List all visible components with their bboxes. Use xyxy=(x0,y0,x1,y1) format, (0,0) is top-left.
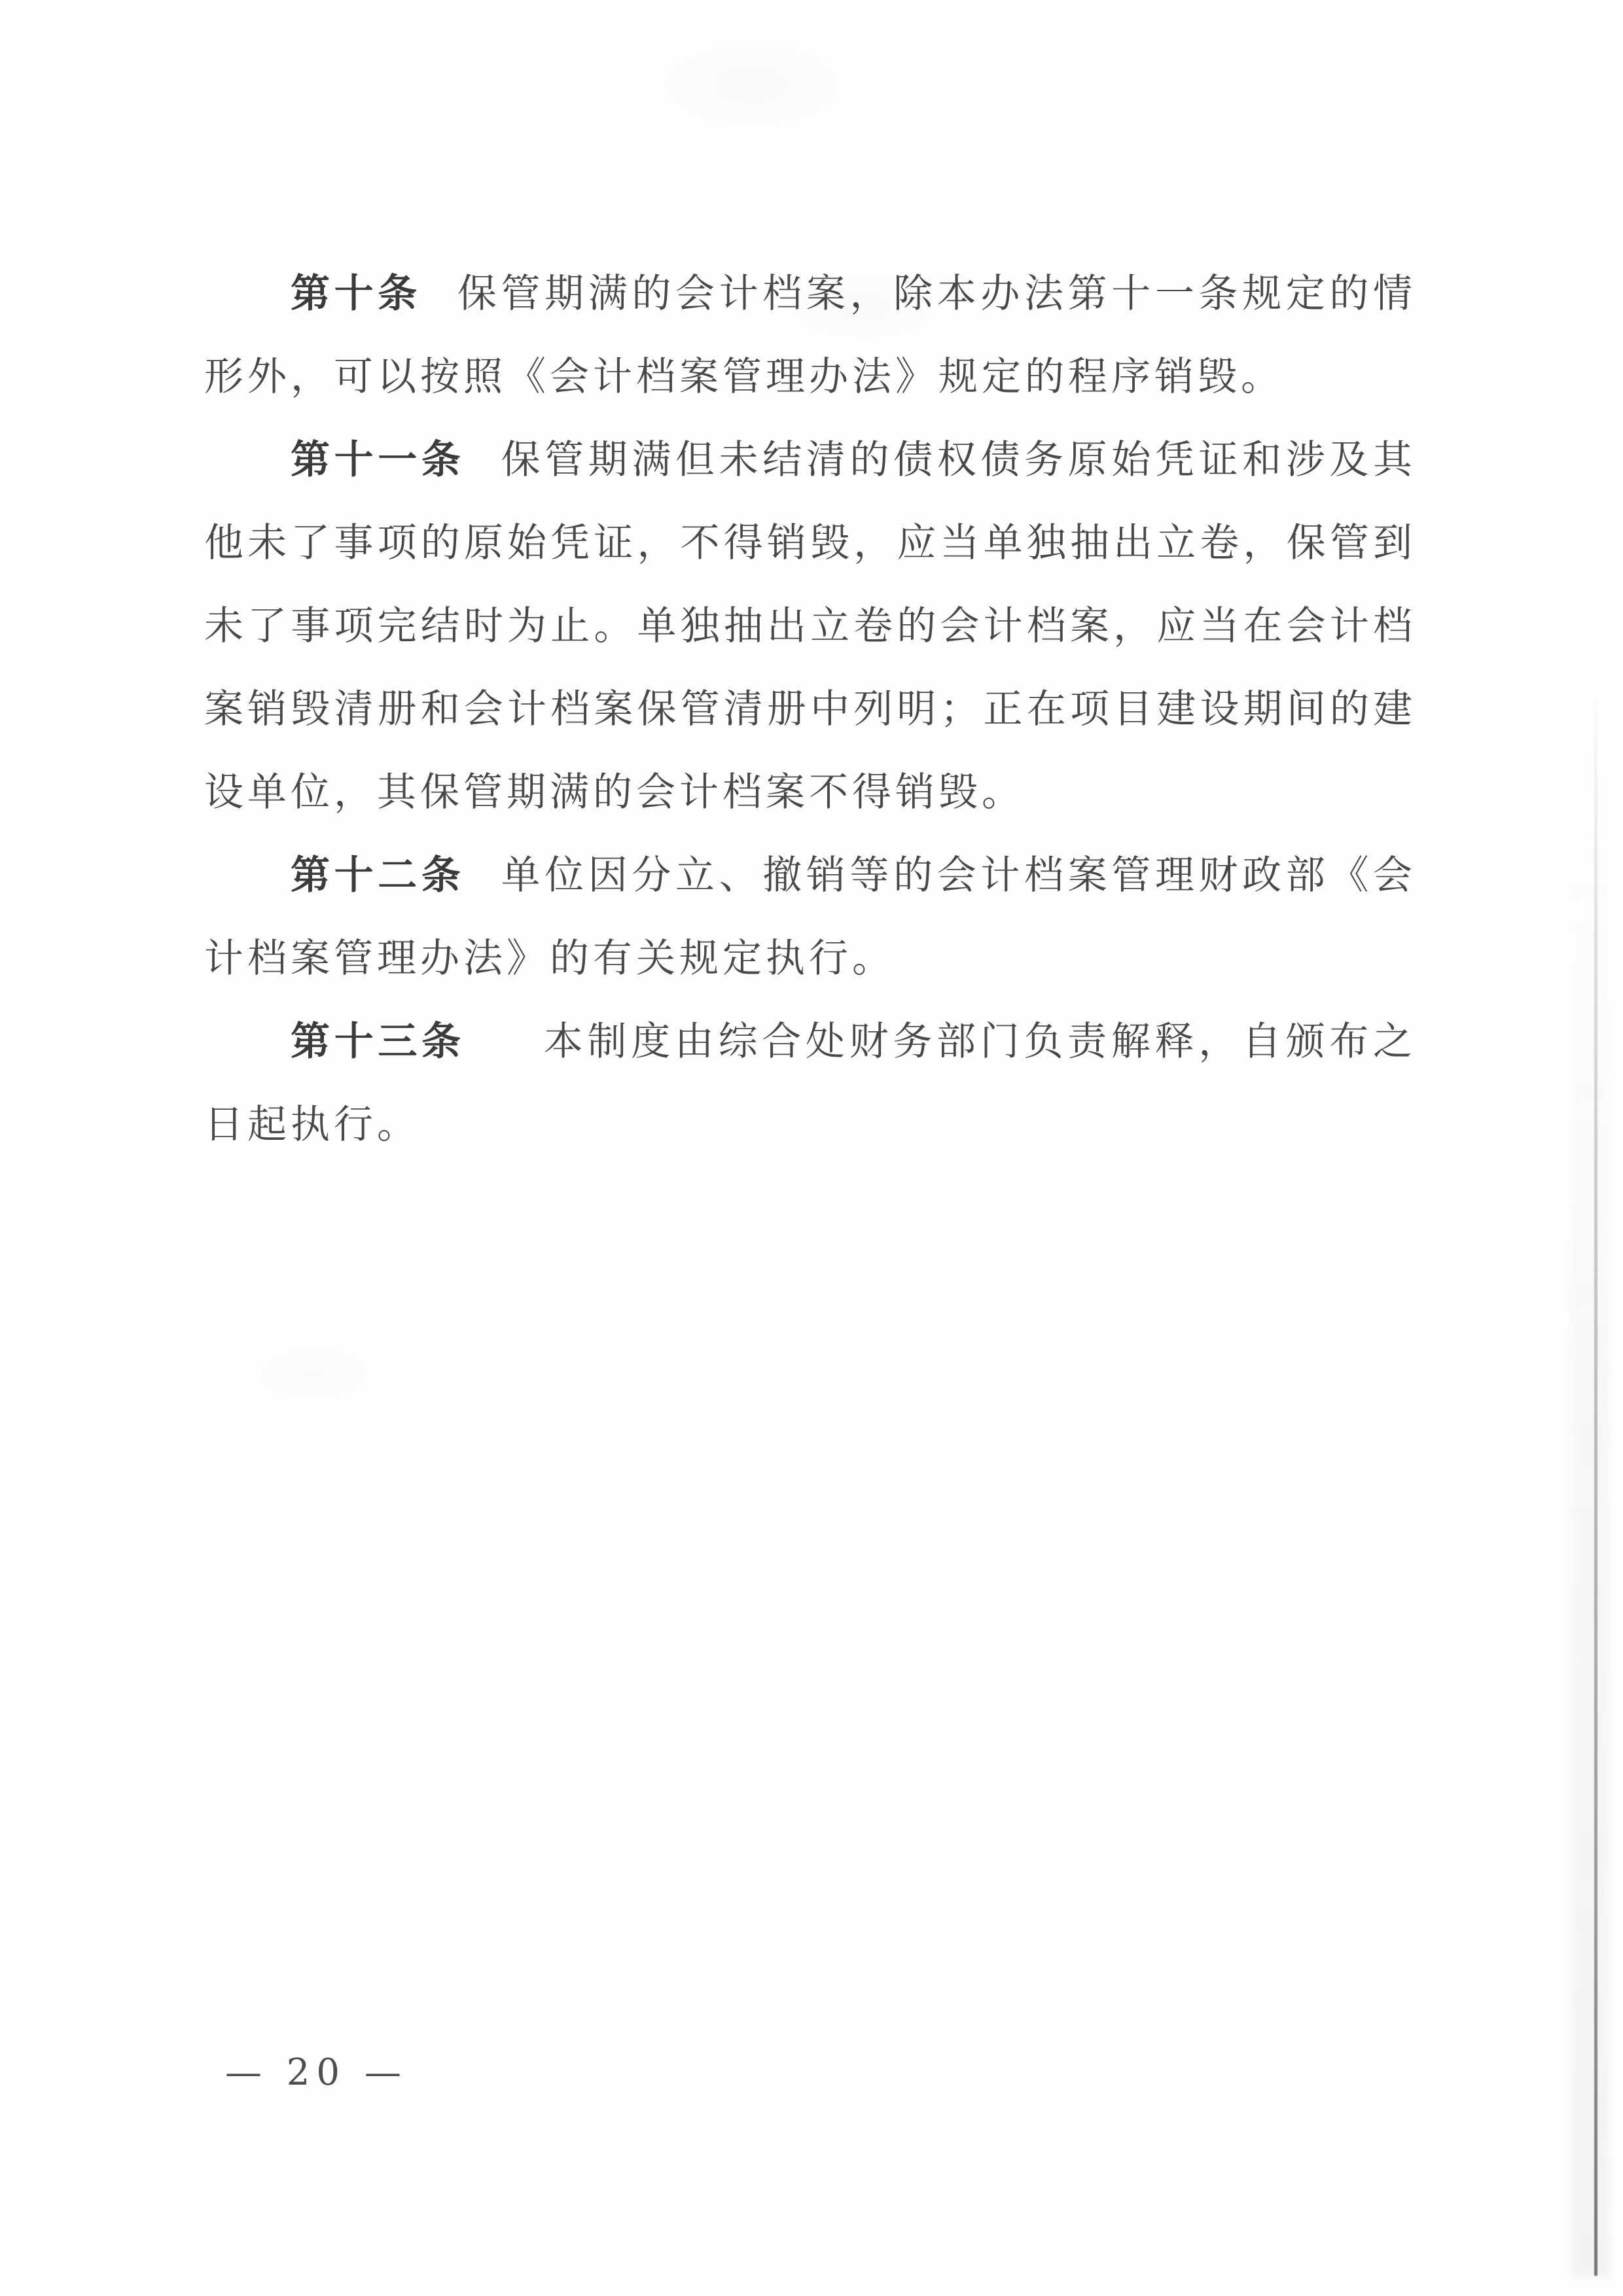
article-13-paragraph: 第十三条本制度由综合处财务部门负责解释，自颁布之日起执行。 xyxy=(204,1000,1416,1167)
article-13-number: 第十三条 xyxy=(291,1019,465,1065)
article-11-number: 第十一条 xyxy=(291,437,465,483)
scan-artifact-halo xyxy=(1571,785,1610,2277)
scan-artifact-vertical-line xyxy=(1594,680,1597,2276)
article-10-number: 第十条 xyxy=(291,271,421,317)
article-10-paragraph: 第十条保管期满的会计档案，除本办法第十一条规定的情形外，可以按照《会计档案管理办… xyxy=(204,253,1416,419)
scanned-document-page: 第十条保管期满的会计档案，除本办法第十一条规定的情形外，可以按照《会计档案管理办… xyxy=(0,0,1623,2296)
page-number-footer: — 20 — xyxy=(225,2047,408,2099)
article-11-text: 保管期满但未结清的债权债务原始凭证和涉及其他未了事项的原始凭证，不得销毁，应当单… xyxy=(204,437,1416,815)
document-body: 第十条保管期满的会计档案，除本办法第十一条规定的情形外，可以按照《会计档案管理办… xyxy=(204,253,1416,1167)
article-11-paragraph: 第十一条保管期满但未结清的债权债务原始凭证和涉及其他未了事项的原始凭证，不得销毁… xyxy=(204,419,1416,834)
article-12-paragraph: 第十二条单位因分立、撤销等的会计档案管理财政部《会计档案管理办法》的有关规定执行… xyxy=(204,834,1416,1000)
article-12-number: 第十二条 xyxy=(291,853,465,898)
